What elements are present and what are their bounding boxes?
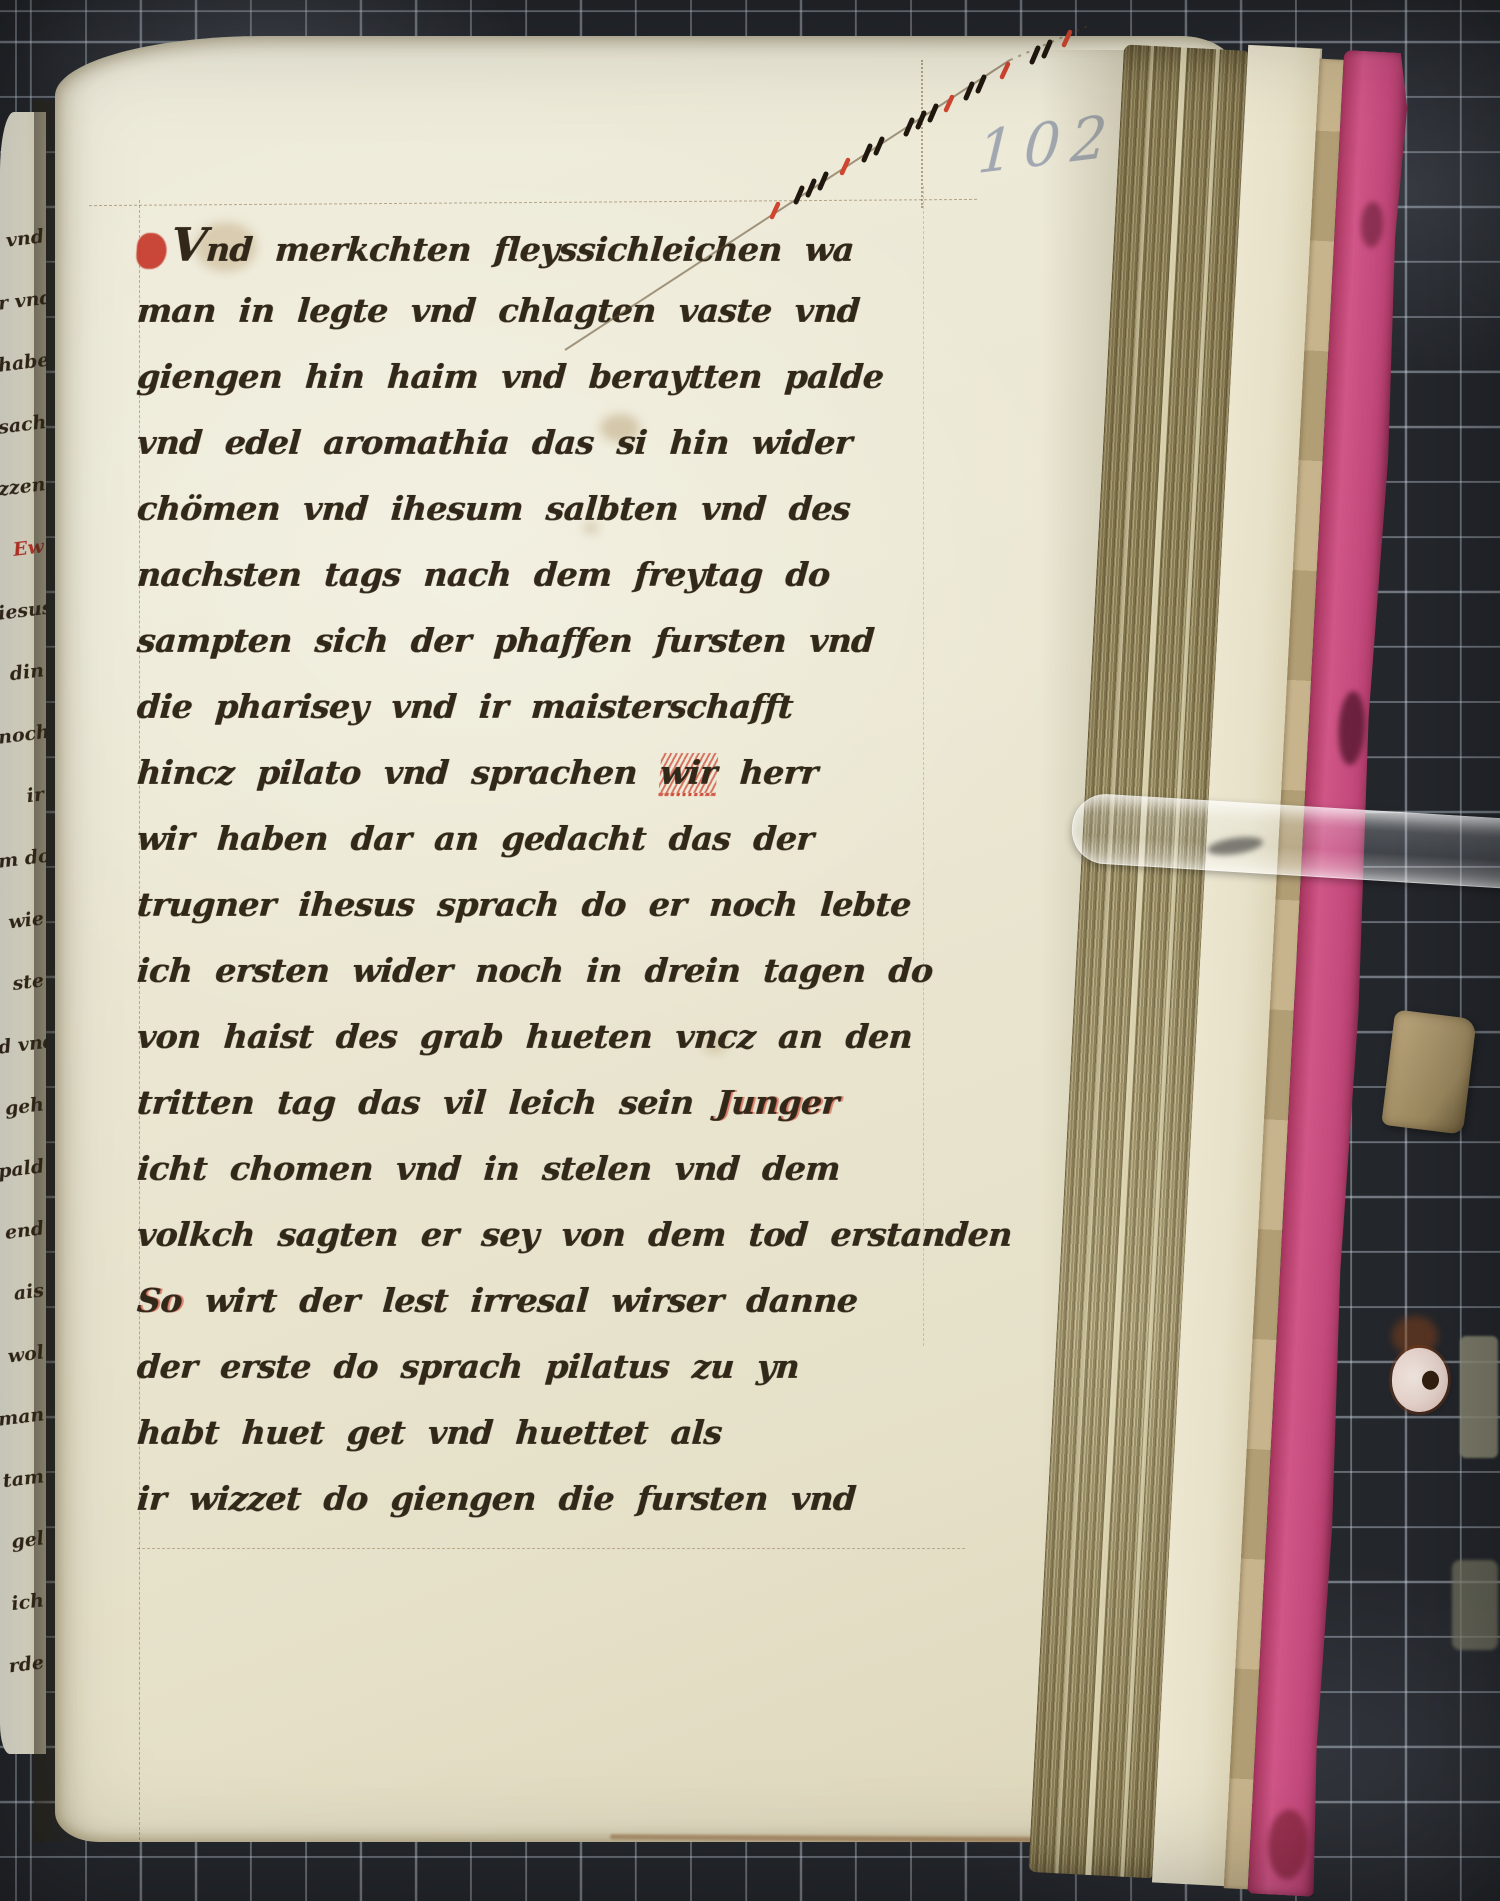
text-run: habt huet get vnd huettet als	[136, 1413, 723, 1452]
text-run: vnd edel aromathia das si hin wider	[136, 423, 853, 462]
manuscript-text-line: tritten tag das vil leich sein Junger	[135, 1070, 900, 1136]
text-run: icht chomen vnd in stelen vnd dem	[136, 1149, 841, 1188]
text-run: tritten tag das vil leich sein	[136, 1083, 718, 1122]
cover-damage-spot	[1337, 691, 1367, 766]
manuscript-text-line: ir wizzet do giengen die fursten vnd	[135, 1466, 900, 1532]
clasp-strap-remnant	[1381, 1009, 1477, 1134]
cover-worn-patch	[1460, 1336, 1498, 1458]
manuscript-text-line: So wirt der lest irresal wirser danne	[135, 1268, 900, 1334]
text-run: Junger	[715, 1083, 840, 1122]
ruling-line-bottom	[137, 1548, 965, 1549]
cover-damage-spot	[1266, 1808, 1310, 1880]
manuscript-text-line: icht chomen vnd in stelen vnd dem	[135, 1136, 900, 1202]
red-paraph-mark	[135, 233, 168, 269]
clasp-catch-plate	[1390, 1346, 1450, 1414]
manuscript-text-line: sampten sich der phaffen fursten vnd	[135, 608, 900, 674]
text-run: sampten sich der phaffen fursten vnd	[136, 621, 875, 660]
manuscript-text-line: die pharisey vnd ir maisterschafft	[135, 674, 900, 740]
text-run: ich ersten wider noch in drein tagen do	[136, 951, 934, 990]
smudge-mark	[1206, 834, 1264, 858]
manuscript-text-block: Vnd merkchten fleyssichleichen waman in …	[137, 212, 897, 1532]
clasp-hole	[1421, 1370, 1439, 1390]
manuscript-text-line: nachsten tags nach dem freytag do	[135, 542, 900, 608]
text-run: wir haben dar an gedacht das der	[136, 819, 815, 858]
text-run: V	[169, 218, 208, 272]
text-run: trugner ihesus sprach do er noch lebte	[136, 885, 912, 924]
expunged-word: wir	[658, 753, 718, 796]
manuscript-text-line: hincz pilato vnd sprachen wir herr	[135, 740, 900, 806]
text-run: hincz pilato vnd sprachen	[136, 753, 662, 792]
text-run: der erste do sprach pilatus zu yn	[136, 1347, 801, 1386]
text-run: von haist des grab hueten vncz an den	[136, 1017, 914, 1056]
text-run: volkch sagten er sey von dem tod erstand…	[136, 1215, 1013, 1254]
manuscript-text-line: von haist des grab hueten vncz an den	[135, 1004, 900, 1070]
manuscript-text-line: wir haben dar an gedacht das der	[135, 806, 900, 872]
text-run: nachsten tags nach dem freytag do	[136, 555, 831, 594]
manuscript-text-line: vnd edel aromathia das si hin wider	[135, 410, 900, 476]
pen-flourish-decoration	[540, 20, 1100, 380]
text-run: ir wizzet do giengen die fursten vnd	[136, 1479, 857, 1518]
manuscript-text-line: der erste do sprach pilatus zu yn	[135, 1334, 900, 1400]
manuscript-text-line: habt huet get vnd huettet als	[135, 1400, 900, 1466]
text-run: die pharisey vnd ir maisterschafft	[136, 687, 794, 726]
manuscript-photo: vndr vndhabensachzzenEwiesusdinnochirm d…	[0, 0, 1500, 1901]
cover-damage-spot	[1360, 201, 1384, 248]
text-run: herr	[715, 753, 818, 792]
manuscript-text-line: ich ersten wider noch in drein tagen do	[135, 938, 900, 1004]
cover-worn-patch	[1452, 1560, 1498, 1650]
manuscript-text-line: chömen vnd ihesum salbten vnd des	[135, 476, 900, 542]
text-run: So	[136, 1281, 184, 1320]
text-run: chömen vnd ihesum salbten vnd des	[136, 489, 852, 528]
text-run: wirt der lest irresal wirser danne	[181, 1281, 859, 1320]
manuscript-text-line: volkch sagten er sey von dem tod erstand…	[135, 1202, 900, 1268]
manuscript-text-line: trugner ihesus sprach do er noch lebte	[135, 872, 900, 938]
